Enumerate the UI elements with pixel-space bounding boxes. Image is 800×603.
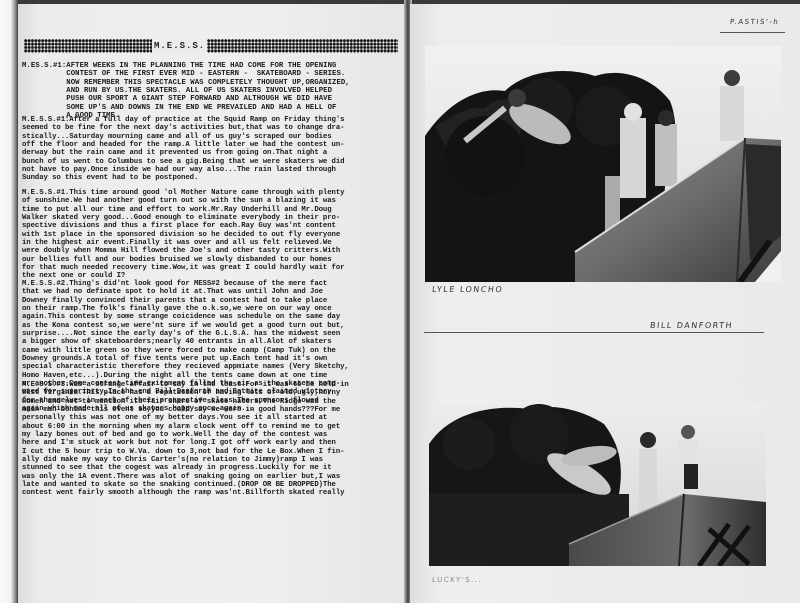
text-line: stically...Saturday mourning came and al… (22, 133, 402, 141)
text-line: for that much needed recovery time.Wow,i… (22, 264, 402, 272)
corner-note: P.ASTIS'-h (730, 18, 780, 26)
text-line: late and wanted to skate so the snaking … (22, 481, 402, 489)
text-line: M.E.S.S.#1:After a full day of practice … (22, 116, 402, 124)
text-line: women and not to mention its fair share … (22, 398, 402, 406)
text-line: with 1st place in the sponsored division… (22, 231, 402, 239)
text-line: I cut the 5 hour trip to W.Va. down to 3… (22, 448, 402, 456)
text-line: on their ramp.The folk's finally gave th… (22, 305, 402, 313)
text-line: again.This contest by some strange coici… (22, 313, 402, 321)
text-line: bunch of us went to Columbus to see a gi… (22, 158, 402, 166)
text-line: M.E.S.S.#2.Thing's did'nt look good for … (22, 280, 402, 288)
text-line: not have to pay.Once inside we had our w… (22, 166, 402, 174)
mess-banner-label: M.E.S.S. (152, 39, 207, 53)
text-line: ally did make my way to Chris Carter's(n… (22, 456, 402, 464)
text-line: Homo Haven,etc...).During the night all … (22, 372, 402, 380)
text-line: that we had no definate spot to hold it … (22, 288, 402, 296)
caption-photo-top: LYLE LONCHO (432, 285, 504, 294)
article-intro: M.ES.S.#1:AFTER WEEKS IN THE PLANNING TH… (22, 62, 402, 120)
text-line: came with little green so they were forc… (22, 347, 402, 355)
text-line: derway but the rain came and it prevente… (22, 149, 402, 157)
text-line: as the Kona contest so,we were'nt sure i… (22, 322, 402, 330)
text-line: NOW REMEMBER THIS SPECTACLE WAS COMPLETE… (22, 79, 402, 87)
left-page: M.E.S.S. M.ES.S.#1:AFTER WEEKS IN THE PL… (18, 4, 406, 603)
text-line: about 6:00 in the morning when my alarm … (22, 423, 402, 431)
text-line: of sunshine.We had another good turn out… (22, 197, 402, 205)
text-line: here and I'm stuck at work but not for l… (22, 439, 402, 447)
text-line: Sunday so this event had to be postponed… (22, 174, 402, 182)
photo-top-image (425, 46, 781, 282)
text-line: my lazy bones out of bed and go to work.… (22, 431, 402, 439)
photo-bottom (429, 404, 766, 566)
text-line: our bellies full and our bodies bruised … (22, 256, 402, 264)
text-line: a bigger show of skateboarders;nearly 40… (22, 338, 402, 346)
text-line: main man behind this event so,you could … (22, 406, 402, 414)
text-line: stunned to see that the cogest was alrea… (22, 464, 402, 472)
text-line: personally this was not one of my better… (22, 414, 402, 422)
divider-line (424, 332, 764, 333)
text-line: were doubly when Momma Hill flowed the J… (22, 247, 402, 255)
text-line: special characteristic therefore they re… (22, 363, 402, 371)
text-line: M.E.S.S.#1.This time around good 'ol Mot… (22, 189, 402, 197)
text-line: AND RUN BY US.THE SKATERS. ALL OF US SKA… (22, 87, 402, 95)
article-mess3: M.E.S.S.#3:Was a strange affair to say i… (22, 381, 402, 498)
mess-banner-pattern (24, 39, 398, 53)
text-line: in the highest air event.Finally it was … (22, 239, 402, 247)
text-line: M.E.S.S.#3:Was a strange affair to say i… (22, 381, 402, 389)
text-line: M.ES.S.#1:AFTER WEEKS IN THE PLANNING TH… (22, 62, 402, 70)
text-line: SOME UP'S AND DOWNS IN THE END WE PREVAI… (22, 104, 402, 112)
text-line: surprise....Not since the early day's of… (22, 330, 402, 338)
text-line: Downey finally convinced their parents t… (22, 297, 402, 305)
corner-note-underline (720, 32, 785, 33)
right-page: P.ASTIS'-h (410, 4, 800, 603)
text-line: contest went fairly smooth although the … (22, 489, 402, 497)
text-line: PUSH OUR SPORT A GIANT STEP FORWARD AND … (22, 95, 402, 103)
article-mess1-sunshine: M.E.S.S.#1.This time around good 'ol Mot… (22, 189, 402, 281)
text-line: West Virginia.This place has a reputatio… (22, 389, 402, 397)
article-mess1-rain: M.E.S.S.#1:After a full day of practice … (22, 116, 402, 183)
text-line: was only the 1A event.There was alot of … (22, 473, 402, 481)
text-line: spective divisions and thus a first plac… (22, 222, 402, 230)
text-line: CONTEST OF THE FIRST EVER MID - EASTERN … (22, 70, 402, 78)
photo-bottom-image (429, 404, 766, 566)
text-line: time to put all our time and effort to w… (22, 206, 402, 214)
text-line: off the floor and headed for the ramp.A … (22, 141, 402, 149)
caption-photo-bottom-below: LUCKY'S... (432, 576, 483, 584)
text-line: Walker skated very good...Good enough to… (22, 214, 402, 222)
photo-top (425, 46, 781, 282)
text-line: Downey grounds.A total of five tents wer… (22, 355, 402, 363)
text-line: seemed to be fine for the next day's act… (22, 124, 402, 132)
caption-photo-bottom-above: BILL DANFORTH (650, 321, 734, 330)
scan-left-margin (0, 0, 18, 603)
